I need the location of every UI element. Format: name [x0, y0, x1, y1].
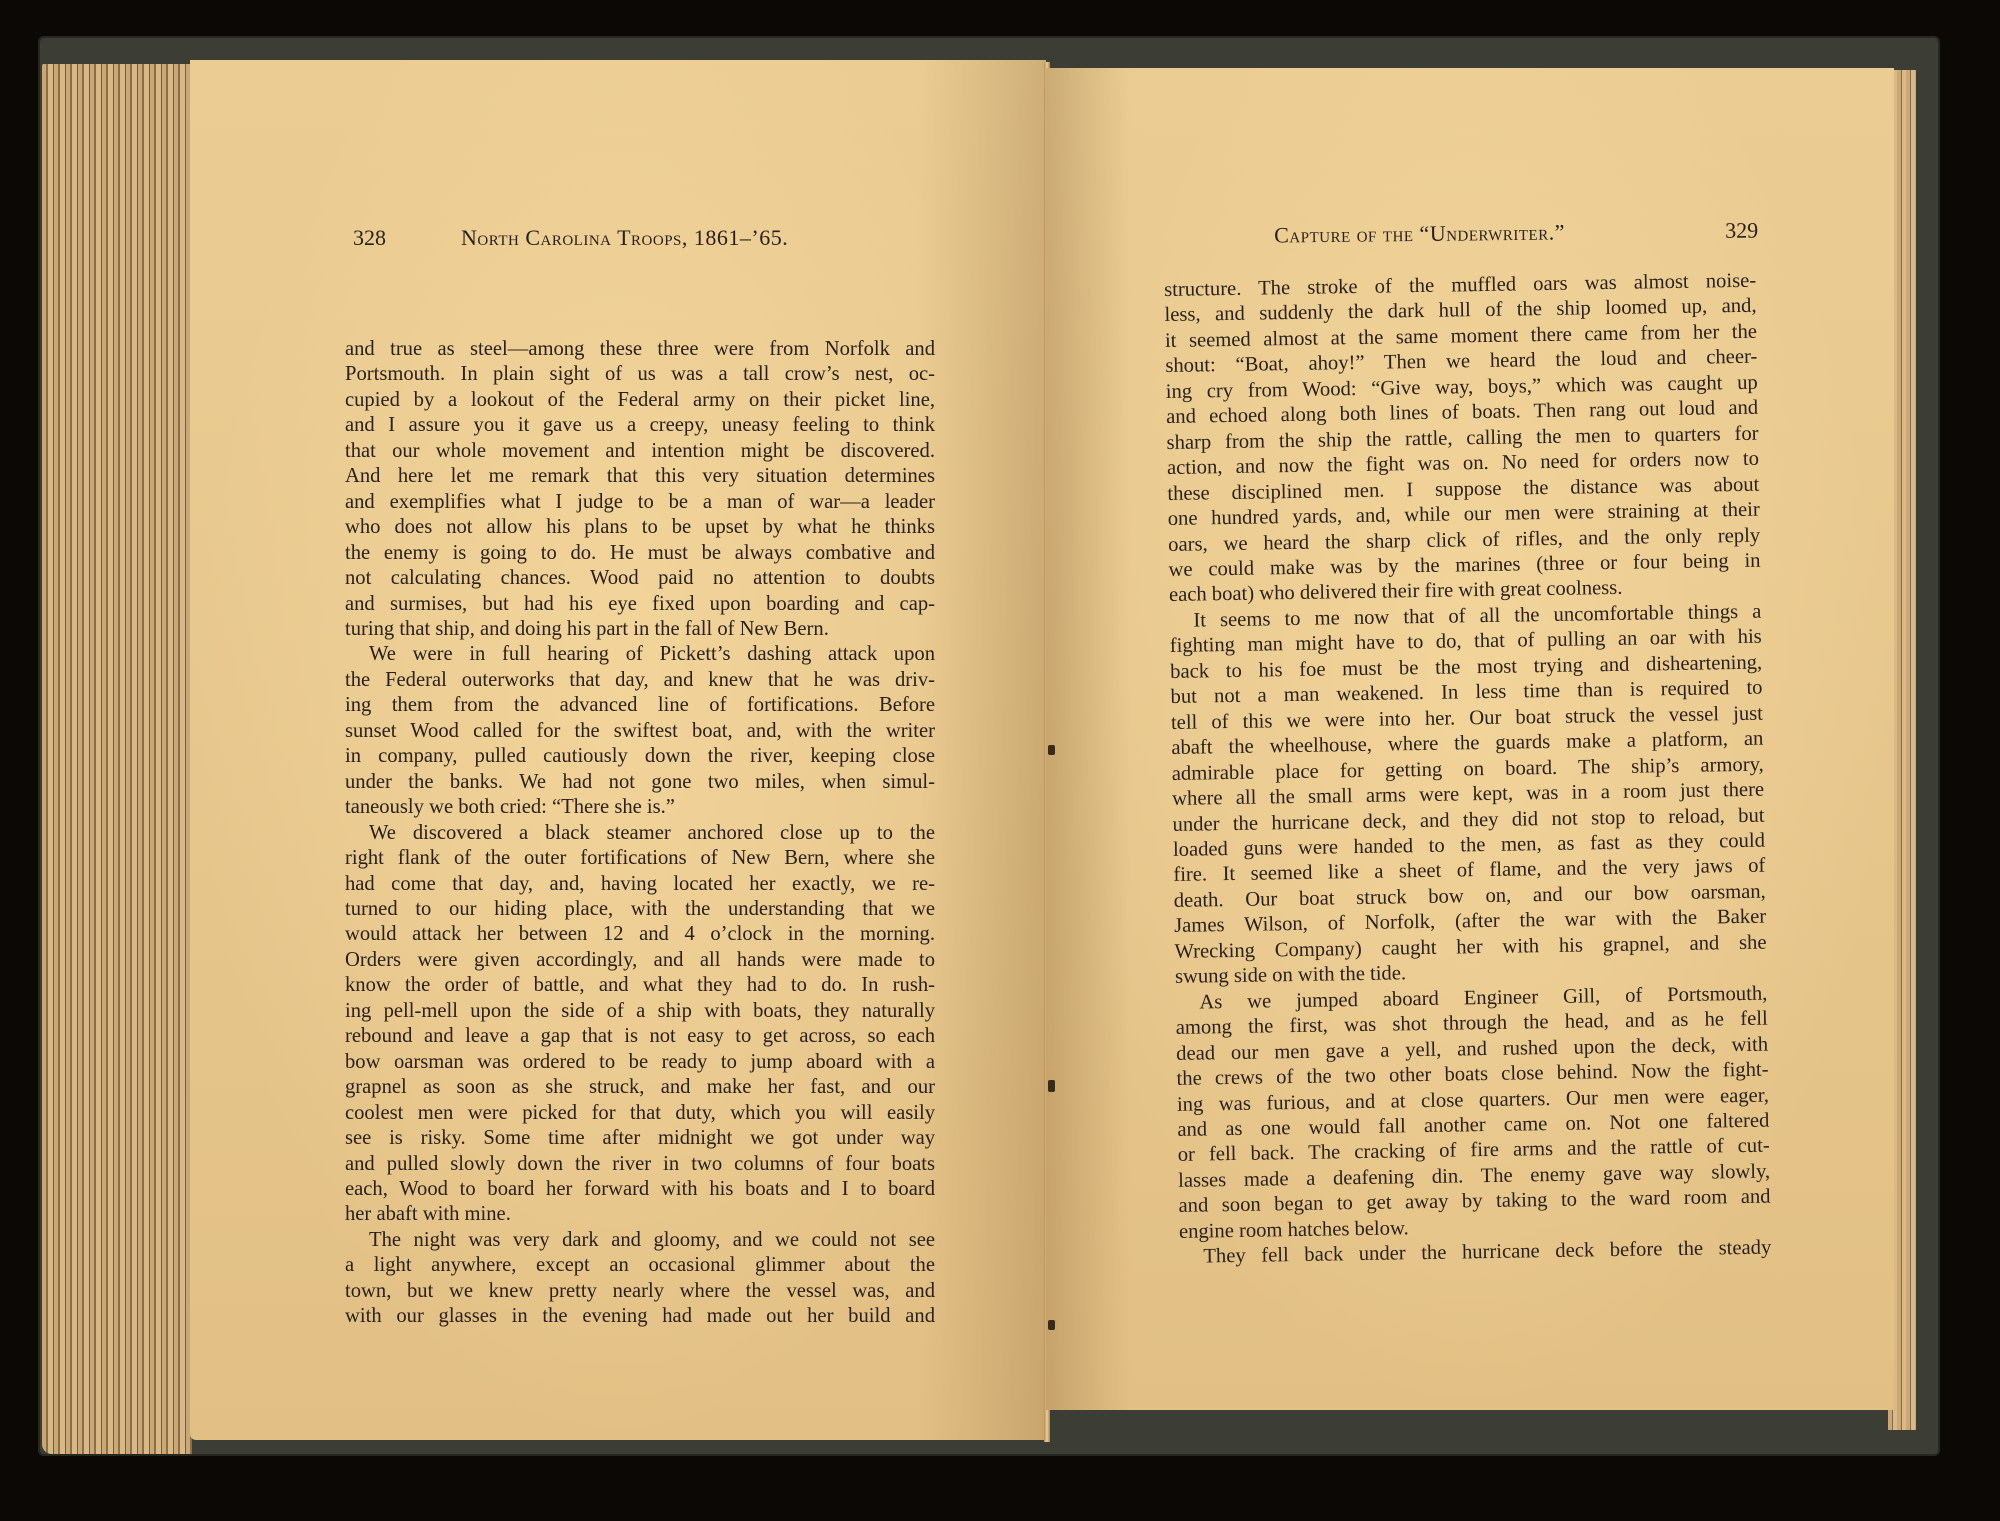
- right-page: Capture of the “Underwriter.” 329 struct…: [1046, 68, 1894, 1410]
- text-line: know the order of battle, and what they …: [345, 973, 935, 998]
- binding-thread-mark: [1048, 1080, 1055, 1092]
- text-line: who does not allow his plans to be upset…: [345, 515, 935, 540]
- right-running-head: Capture of the “Underwriter.” 329: [1274, 217, 1758, 222]
- text-line: would attack her between 12 and 4 o’cloc…: [345, 922, 935, 947]
- text-line: see is risky. Some time after midnight w…: [345, 1126, 935, 1151]
- text-line: The night was very dark and gloomy, and …: [345, 1228, 935, 1253]
- text-line: the Federal outerworks that day, and kne…: [345, 668, 935, 693]
- text-line: not calculating chances. Wood paid no at…: [345, 566, 935, 591]
- text-line: sunset Wood called for the swiftest boat…: [345, 719, 935, 744]
- left-page-edges: [42, 64, 192, 1454]
- text-line: cupied by a lookout of the Federal army …: [345, 388, 935, 413]
- text-line: had come that day, and, having located h…: [345, 872, 935, 897]
- text-line: a light anywhere, except an occasional g…: [345, 1253, 935, 1278]
- running-title-right: Capture of the “Underwriter.”: [1274, 219, 1565, 248]
- text-line: turned to our hiding place, with the und…: [345, 897, 935, 922]
- page-number-right: 329: [1725, 217, 1758, 243]
- left-body-text: and true as steel—among these three were…: [345, 337, 935, 1330]
- text-line: rebound and leave a gap that is not easy…: [345, 1024, 935, 1049]
- text-line: right flank of the outer fortifications …: [345, 846, 935, 871]
- text-line: We were in full hearing of Pickett’s das…: [345, 642, 935, 667]
- text-line: Orders were given accordingly, and all h…: [345, 948, 935, 973]
- text-line: We discovered a black steamer anchored c…: [345, 821, 935, 846]
- text-line: turing that ship, and doing his part in …: [345, 617, 935, 642]
- text-line: and pulled slowly down the river in two …: [345, 1152, 935, 1177]
- text-line: with our glasses in the evening had made…: [345, 1304, 935, 1329]
- text-line: And here let me remark that this very si…: [345, 464, 935, 489]
- left-page: 328 North Carolina Troops, 1861–’65. and…: [190, 60, 1046, 1440]
- text-line: the enemy is going to do. He must be alw…: [345, 541, 935, 566]
- text-line: and true as steel—among these three were…: [345, 337, 935, 362]
- page-number-left: 328: [353, 225, 386, 251]
- text-line: under the banks. We had not gone two mil…: [345, 770, 935, 795]
- binding-thread-mark: [1048, 1320, 1055, 1330]
- text-line: in company, pulled cautiously down the r…: [345, 744, 935, 769]
- text-line: ing pell-mell upon the side of a ship wi…: [345, 999, 935, 1024]
- text-line: that our whole movement and intention mi…: [345, 439, 935, 464]
- binding-thread-mark: [1048, 745, 1055, 755]
- text-line: and exemplifies what I judge to be a man…: [345, 490, 935, 515]
- running-title-left: North Carolina Troops, 1861–’65.: [461, 225, 788, 251]
- text-line: and surmises, but had his eye fixed upon…: [345, 592, 935, 617]
- text-line: bow oarsman was ordered to be ready to j…: [345, 1050, 935, 1075]
- text-line: each, Wood to board her forward with his…: [345, 1177, 935, 1202]
- text-line: town, but we knew pretty nearly where th…: [345, 1279, 935, 1304]
- text-line: taneously we both cried: “There she is.”: [345, 795, 935, 820]
- text-line: grapnel as soon as she struck, and make …: [345, 1075, 935, 1100]
- text-line: her abaft with mine.: [345, 1202, 935, 1227]
- right-body-text: structure. The stroke of the muffled oar…: [1164, 269, 1772, 1271]
- text-line: Portsmouth. In plain sight of us was a t…: [345, 362, 935, 387]
- text-line: ing them from the advanced line of forti…: [345, 693, 935, 718]
- text-line: and I assure you it gave us a creepy, un…: [345, 413, 935, 438]
- text-line: coolest men were picked for that duty, w…: [345, 1101, 935, 1126]
